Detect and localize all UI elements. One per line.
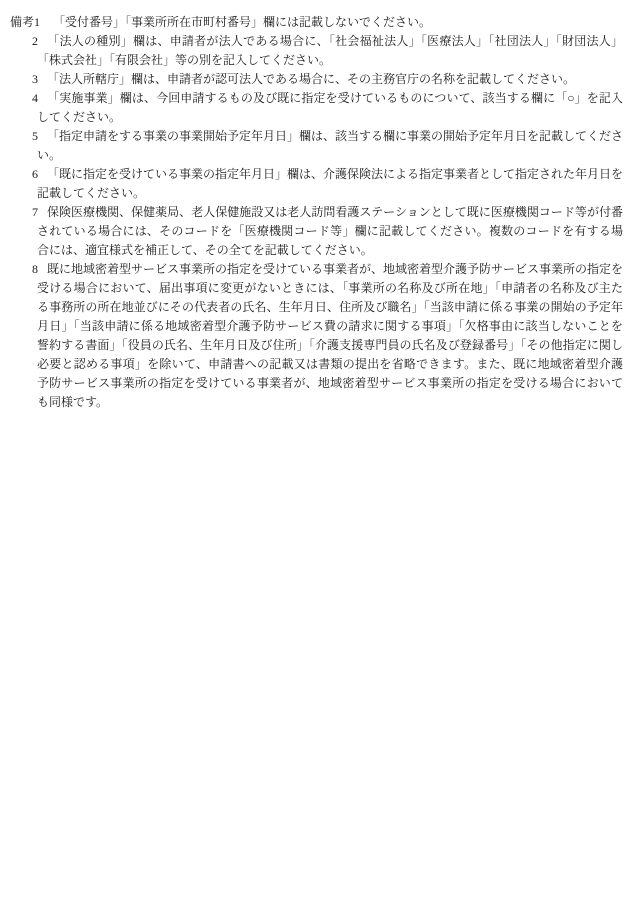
remark-item-1-label: 備考1: [10, 15, 40, 29]
remark-item-3-text: 「法人所轄庁」欄は、申請者が認可法人である場合に、その主務官庁の名称を記載してく…: [47, 72, 575, 86]
remark-item-2-text: 「法人の種別」欄は、申請者が法人である場合に、「社会福祉法人」「医療法人」「社団…: [37, 34, 623, 67]
remark-item-5-text: 「指定申請をする事業の事業開始予定年月日」欄は、該当する欄に事業の開始予定年月日…: [37, 129, 623, 162]
remark-item-7-text: 保険医療機関、保健薬局、老人保健施設又は老人訪問看護ステーションとして既に医療機…: [37, 205, 623, 257]
remark-item-4: 4「実施事業」欄は、今回申請するもの及び既に指定を受けているものについて、該当す…: [37, 89, 623, 127]
remark-item-2: 2「法人の種別」欄は、申請者が法人である場合に、「社会福祉法人」「医療法人」「社…: [37, 32, 623, 70]
remark-item-8-label: 8: [32, 262, 38, 276]
remarks-list: 備考1「受付番号」「事業所所在市町村番号」欄には記載しないでください。 2「法人…: [37, 13, 623, 412]
remark-item-8-text: 既に地域密着型サービス事業所の指定を受けている事業者が、地域密着型介護予防サービ…: [37, 262, 623, 409]
remark-item-6: 6「既に指定を受けている事業の指定年月日」欄は、介護保険法による指定事業者として…: [37, 165, 623, 203]
remark-item-2-label: 2: [32, 34, 38, 48]
remark-item-4-text: 「実施事業」欄は、今回申請するもの及び既に指定を受けているものについて、該当する…: [37, 91, 623, 124]
remark-item-5: 5「指定申請をする事業の事業開始予定年月日」欄は、該当する欄に事業の開始予定年月…: [37, 127, 623, 165]
remark-item-1-text: 「受付番号」「事業所所在市町村番号」欄には記載しないでください。: [53, 15, 431, 29]
remark-item-1: 備考1「受付番号」「事業所所在市町村番号」欄には記載しないでください。: [37, 13, 623, 32]
document-page: 備考1「受付番号」「事業所所在市町村番号」欄には記載しないでください。 2「法人…: [0, 0, 630, 903]
remark-item-3-label: 3: [32, 72, 38, 86]
remark-item-6-label: 6: [32, 167, 38, 181]
remark-item-3: 3「法人所轄庁」欄は、申請者が認可法人である場合に、その主務官庁の名称を記載して…: [37, 70, 623, 89]
remark-item-5-label: 5: [32, 129, 38, 143]
remark-item-4-label: 4: [32, 91, 38, 105]
remark-item-7-label: 7: [32, 205, 38, 219]
remark-item-6-text: 「既に指定を受けている事業の指定年月日」欄は、介護保険法による指定事業者として指…: [37, 167, 623, 200]
remark-item-8: 8既に地域密着型サービス事業所の指定を受けている事業者が、地域密着型介護予防サー…: [37, 260, 623, 412]
remark-item-7: 7保険医療機関、保健薬局、老人保健施設又は老人訪問看護ステーションとして既に医療…: [37, 203, 623, 260]
